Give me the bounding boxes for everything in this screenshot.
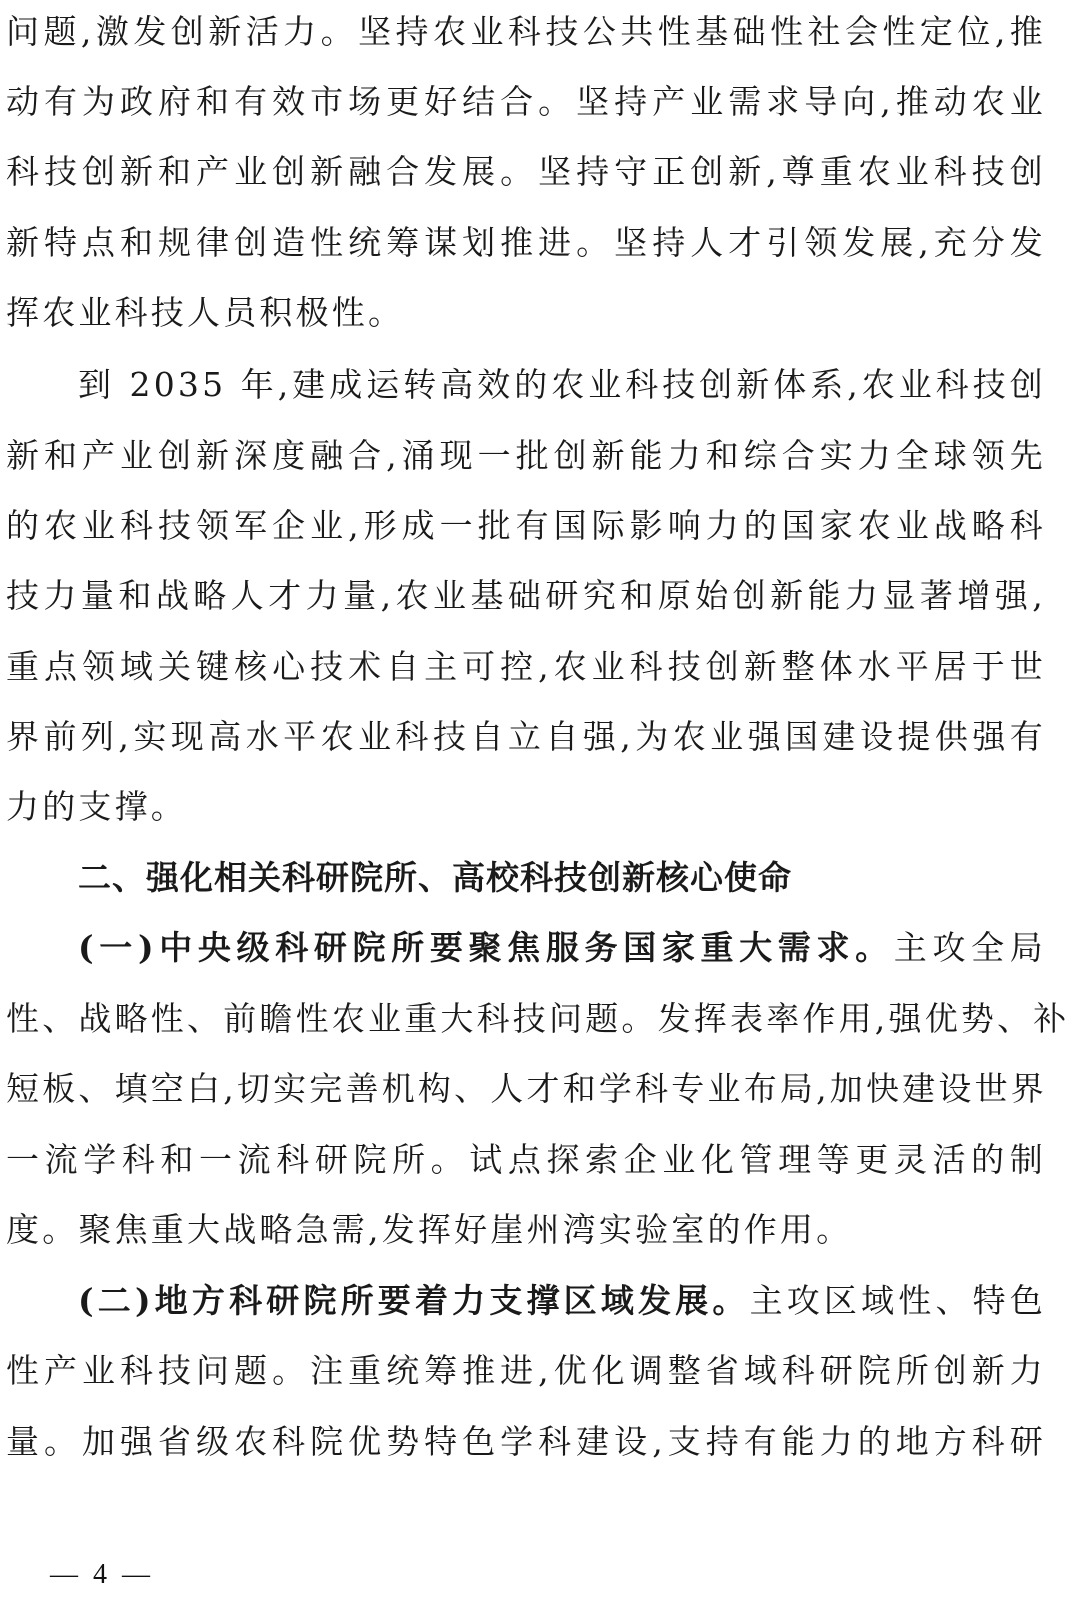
paragraph-line: 的农业科技领军企业,形成一批有国际影响力的国家农业战略科 [6,496,1046,556]
paragraph-line: 到 2035 年,建成运转高效的农业科技创新体系,农业科技创 [78,355,1046,415]
paragraph-text: 主攻区域性、特色 [750,1281,1046,1320]
paragraph-line: 性产业科技问题。注重统筹推进,优化调整省域科研院所创新力 [6,1341,1046,1401]
paragraph-line: 技力量和战略人才力量,农业基础研究和原始创新能力显著增强, [6,566,1046,626]
paragraph-line: 界前列,实现高水平农业科技自立自强,为农业强国建设提供强有 [6,707,1046,767]
paragraph-line: (一)中央级科研院所要聚焦服务国家重大需求。主攻全局 [78,918,1046,978]
subsection-heading: (二)地方科研院所要着力支撑区域发展。 [78,1281,750,1320]
paragraph-line: 动有为政府和有效市场更好结合。坚持产业需求导向,推动农业 [6,72,1046,132]
paragraph-line: 新和产业创新深度融合,涌现一批创新能力和综合实力全球领先 [6,426,1046,486]
paragraph-line: 性、战略性、前瞻性农业重大科技问题。发挥表率作用,强优势、补 [6,989,1046,1049]
paragraph-line: 度。聚焦重大战略急需,发挥好崖州湾实验室的作用。 [6,1200,1046,1260]
paragraph-line: (二)地方科研院所要着力支撑区域发展。主攻区域性、特色 [78,1271,1046,1331]
paragraph-line: 短板、填空白,切实完善机构、人才和学科专业布局,加快建设世界 [6,1059,1046,1119]
page-number: — 4 — [50,1555,154,1595]
subsection-heading: (一)中央级科研院所要聚焦服务国家重大需求。 [78,928,894,967]
paragraph-line: 量。加强省级农科院优势特色学科建设,支持有能力的地方科研 [6,1412,1046,1472]
document-page: 问题,激发创新活力。坚持农业科技公共性基础性社会性定位,推 动有为政府和有效市场… [0,0,1080,1618]
paragraph-line: 力的支撑。 [6,777,1046,837]
paragraph-line: 科技创新和产业创新融合发展。坚持守正创新,尊重农业科技创 [6,142,1046,202]
paragraph-text: 主攻全局 [894,928,1046,967]
paragraph-line: 挥农业科技人员积极性。 [6,283,1046,343]
paragraph-line: 新特点和规律创造性统筹谋划推进。坚持人才引领发展,充分发 [6,213,1046,273]
paragraph-line: 一流学科和一流科研院所。试点探索企业化管理等更灵活的制 [6,1130,1046,1190]
paragraph-line: 问题,激发创新活力。坚持农业科技公共性基础性社会性定位,推 [6,2,1046,62]
section-heading: 二、强化相关科研院所、高校科技创新核心使命 [78,848,1046,908]
paragraph-line: 重点领域关键核心技术自主可控,农业科技创新整体水平居于世 [6,637,1046,697]
